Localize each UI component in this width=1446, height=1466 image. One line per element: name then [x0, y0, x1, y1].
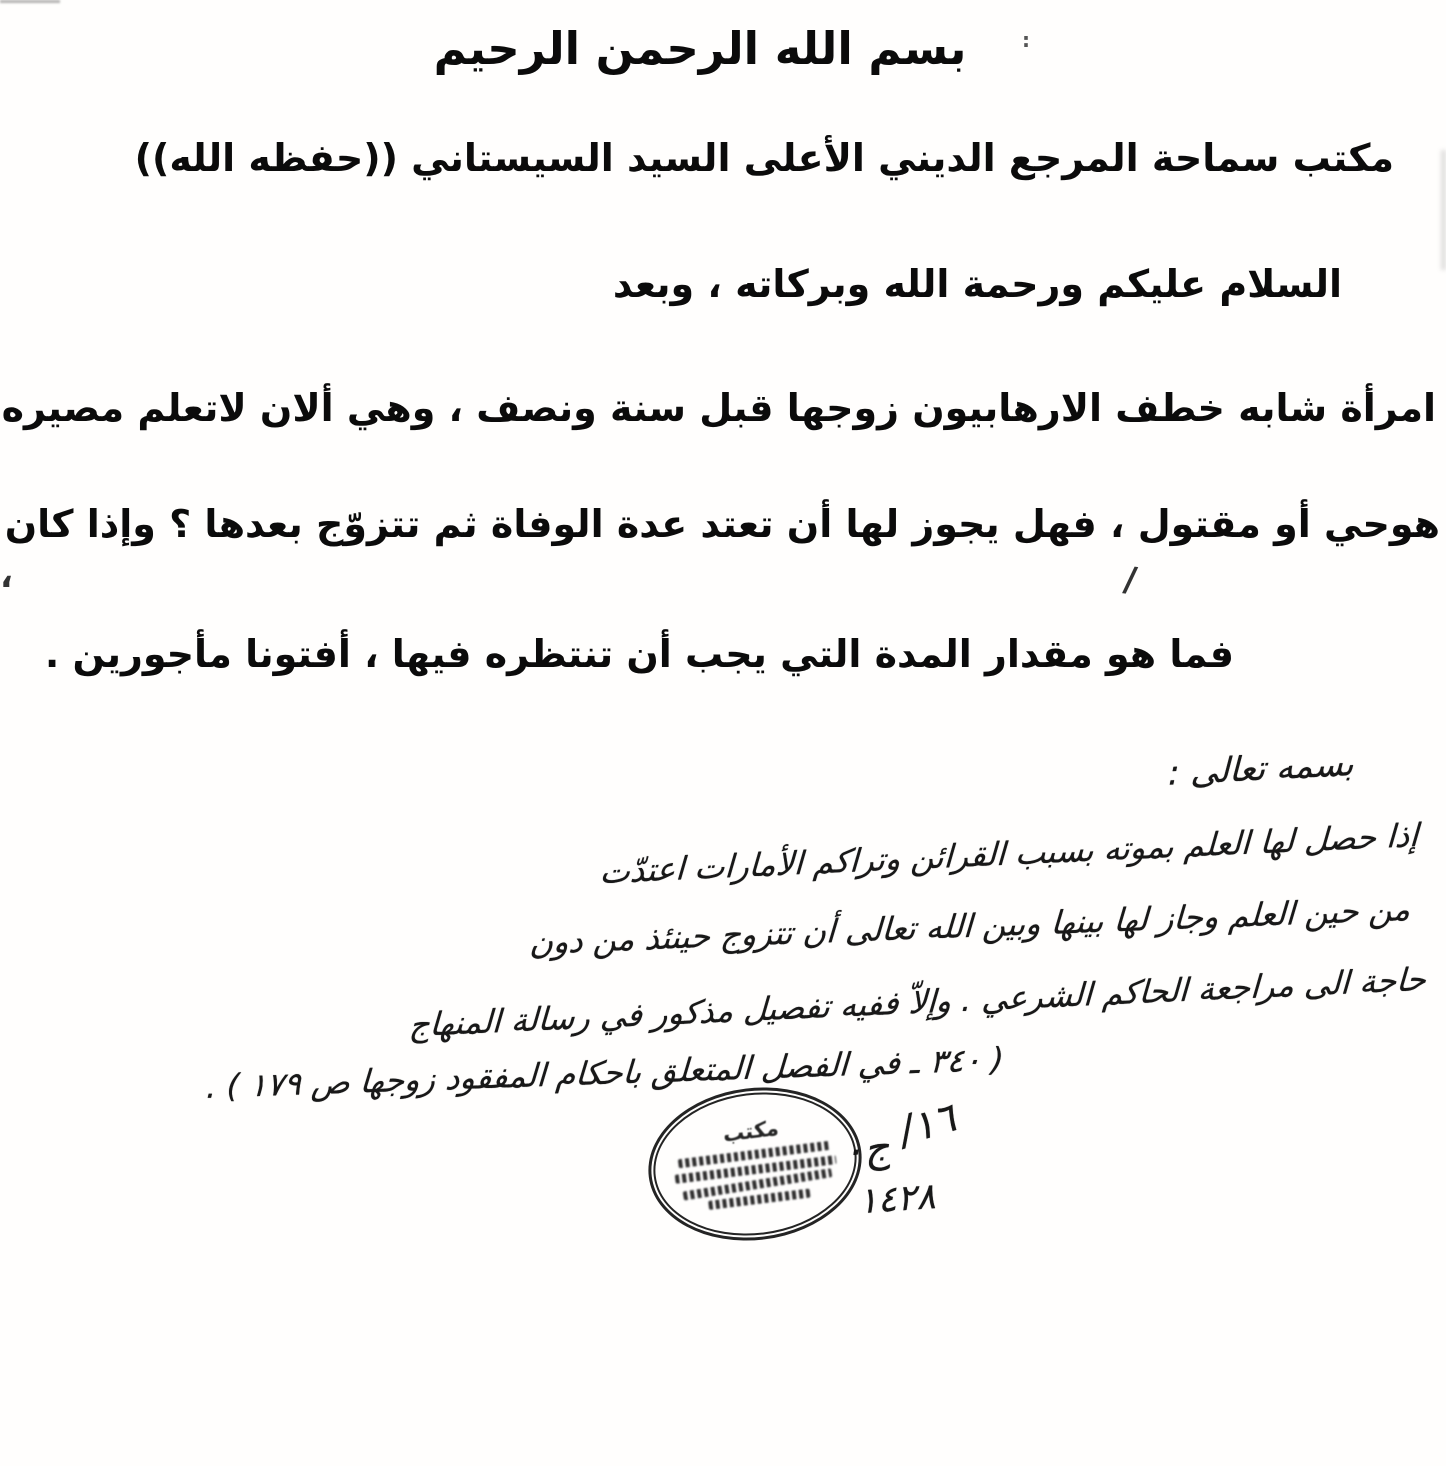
- question-line-2: هوحي أو مقتول ، فهل يجوز لها أن تعتد عدة…: [0, 502, 1440, 546]
- office-stamp-seal: مكتب: [640, 1076, 871, 1253]
- question-line-3: فما هو مقدار المدة التي يجب أن تنتظره في…: [45, 632, 1234, 676]
- handwritten-answer-header: بسمه تعالى :: [1168, 744, 1354, 794]
- handwritten-answer-line-3: حاجة الى مراجعة الحاكم الشرعي . وإلاّ فف…: [408, 960, 1426, 1044]
- handwritten-day-mark: /١٦: [894, 1095, 961, 1155]
- salutation-line: السلام عليكم ورحمة الله وبركاته ، وبعد: [613, 262, 1342, 306]
- scanned-letter-page: بسم الله الرحمن الرحيم مكتب سماحة المرجع…: [0, 0, 1446, 1466]
- scan-comma-mark: ،: [0, 556, 13, 596]
- scan-edge-artifact-top: [0, 0, 60, 3]
- handwritten-answer-line-1: إذا حصل لها العلم بموته بسبب القرائن وتر…: [599, 816, 1419, 891]
- handwritten-answer-line-2: من حين العلم وجاز لها بينها وبين الله تع…: [529, 890, 1411, 962]
- scan-edge-artifact-right: [1441, 150, 1446, 270]
- scan-stroke-mark: /: [1121, 559, 1139, 600]
- scan-speck-mark: :: [1022, 28, 1030, 52]
- question-line-1: امرأة شابه خطف الارهابيون زوجها قبل سنة …: [0, 386, 1436, 430]
- stamp-top-word: مكتب: [723, 1118, 779, 1146]
- basmala-heading: بسم الله الرحمن الرحيم: [426, 22, 974, 75]
- stamp-content: مكتب: [655, 1089, 855, 1239]
- office-title-line: مكتب سماحة المرجع الديني الأعلى السيد ال…: [135, 136, 1394, 180]
- handwritten-answer-reference-line: ( ٣٤٠ ـ في الفصل المتعلق باحكام المفقود …: [206, 1040, 1005, 1106]
